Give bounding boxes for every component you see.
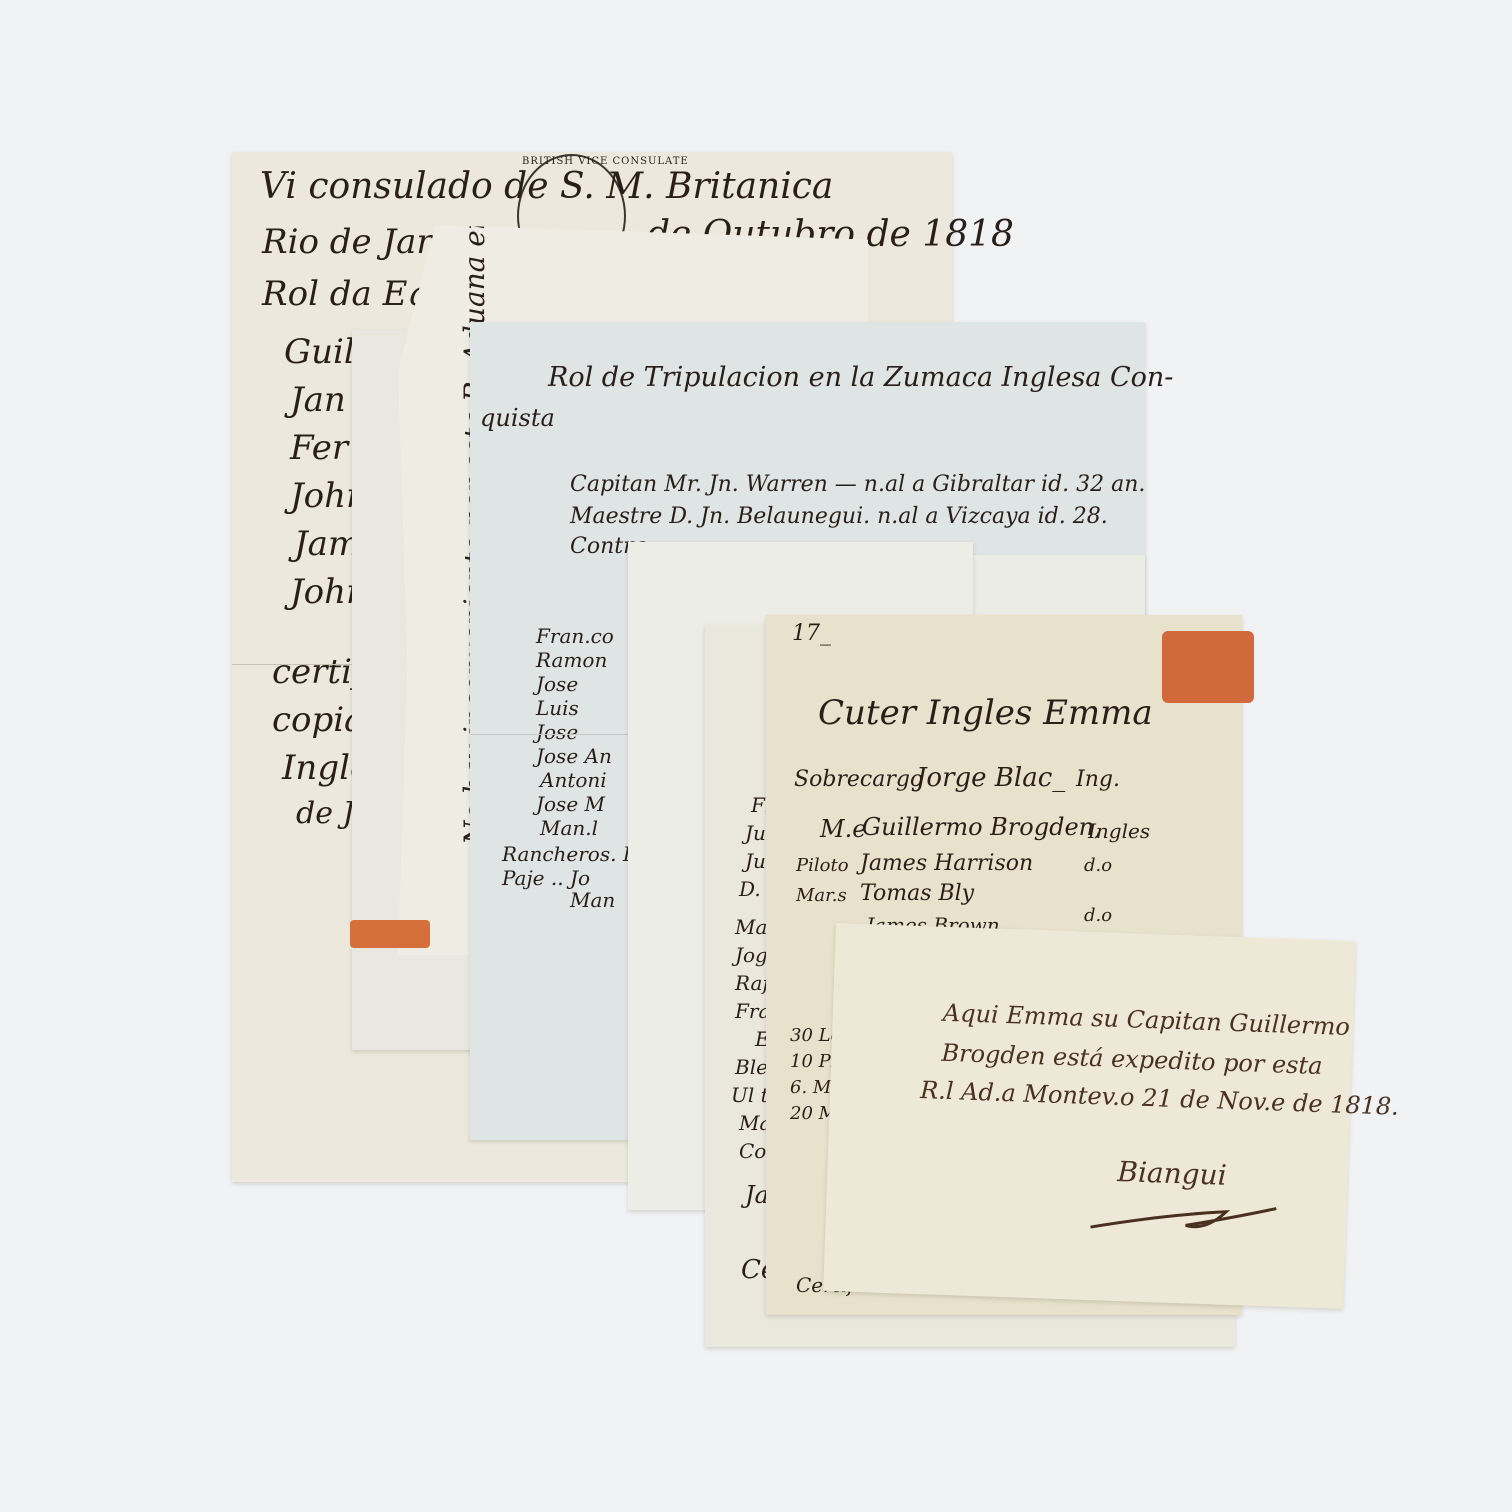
emma-row-2-name: Guillermo Brogden, — [862, 813, 1102, 841]
crew-name-2: Ramon — [536, 648, 607, 672]
emma-row-3-nat: d.o — [1084, 855, 1112, 876]
side-list-name-7: Raf — [735, 971, 770, 995]
consulate-line-10: certif — [272, 652, 365, 692]
red-wax-seal-left — [350, 920, 430, 948]
crew-roll-row-1: Capitan Mr. Jn. Warren — n.al a Gibralta… — [570, 472, 1145, 497]
clearance-line-2: Brogden está expedito por esta — [941, 1039, 1323, 1080]
crew-name-5: Jose — [536, 720, 578, 744]
crew-name-8: Jose M — [536, 792, 605, 816]
emma-row-1-nat: Ing. — [1076, 767, 1120, 792]
emma-row-1-name: Jorge Blac_ — [916, 763, 1065, 793]
crew-name-11: Paje .. Jo — [502, 866, 590, 890]
emma-row-2-role: M.e — [820, 815, 866, 843]
crew-name-9: Man.l — [540, 816, 598, 840]
emma-row-3-name: James Harrison — [860, 851, 1033, 876]
crew-name-1: Fran.co — [536, 624, 614, 648]
clearance-note-sheet: Aqui Emma su Capitan Guillermo Brogden e… — [823, 923, 1356, 1309]
crew-roll-row-2: Maestre D. Jn. Belaunegui. n.al a Vizcay… — [570, 504, 1108, 529]
signature-flourish-icon — [1085, 1182, 1287, 1249]
side-list-name-10: Ble — [735, 1055, 768, 1079]
crew-name-7: Antoni — [540, 768, 607, 792]
emma-amount-3: 6. M — [790, 1077, 831, 1098]
emma-row-4-role: Mar.s — [796, 885, 847, 906]
crew-name-12: Man — [570, 888, 615, 912]
emma-row-4-name: Tomas Bly — [860, 881, 974, 906]
consulate-line-11: copia — [272, 700, 364, 740]
page-number: 17_ — [792, 621, 831, 646]
consulate-line-1: Vi consulado de S. M. Britanica — [260, 166, 833, 207]
emma-row-5-nat: d.o — [1084, 905, 1112, 926]
emma-title: Cuter Ingles Emma — [818, 693, 1153, 733]
red-wax-seal-right — [1162, 631, 1254, 703]
clearance-line-3: R.l Ad.a Montev.o 21 de Nov.e de 1818. — [920, 1076, 1400, 1121]
consulate-line-2: Rio de Jan — [262, 222, 438, 262]
consulate-line-3: Rol da Eq — [262, 274, 429, 314]
consulate-line-8: Jam — [294, 524, 360, 564]
crew-name-3: Jose — [536, 672, 578, 696]
emma-row-1-role: Sobrecargo — [794, 767, 923, 792]
crew-name-10: Rancheros. D — [502, 842, 639, 866]
emma-row-2-nat: Ingles — [1088, 819, 1150, 843]
side-list-name-6: Jog — [735, 943, 768, 967]
emma-row-3-role: Piloto — [796, 855, 849, 876]
crew-name-4: Luis — [536, 696, 579, 720]
consulate-line-5: Jan — [290, 380, 346, 420]
consulate-line-6: Fer — [290, 428, 348, 468]
crew-name-6: Jose An — [536, 744, 612, 768]
crew-roll-title-2: quista — [480, 404, 555, 432]
crew-roll-title-1: Rol de Tripulacion en la Zumaca Inglesa … — [548, 362, 1173, 393]
clearance-line-1: Aqui Emma su Capitan Guillermo — [942, 999, 1350, 1041]
